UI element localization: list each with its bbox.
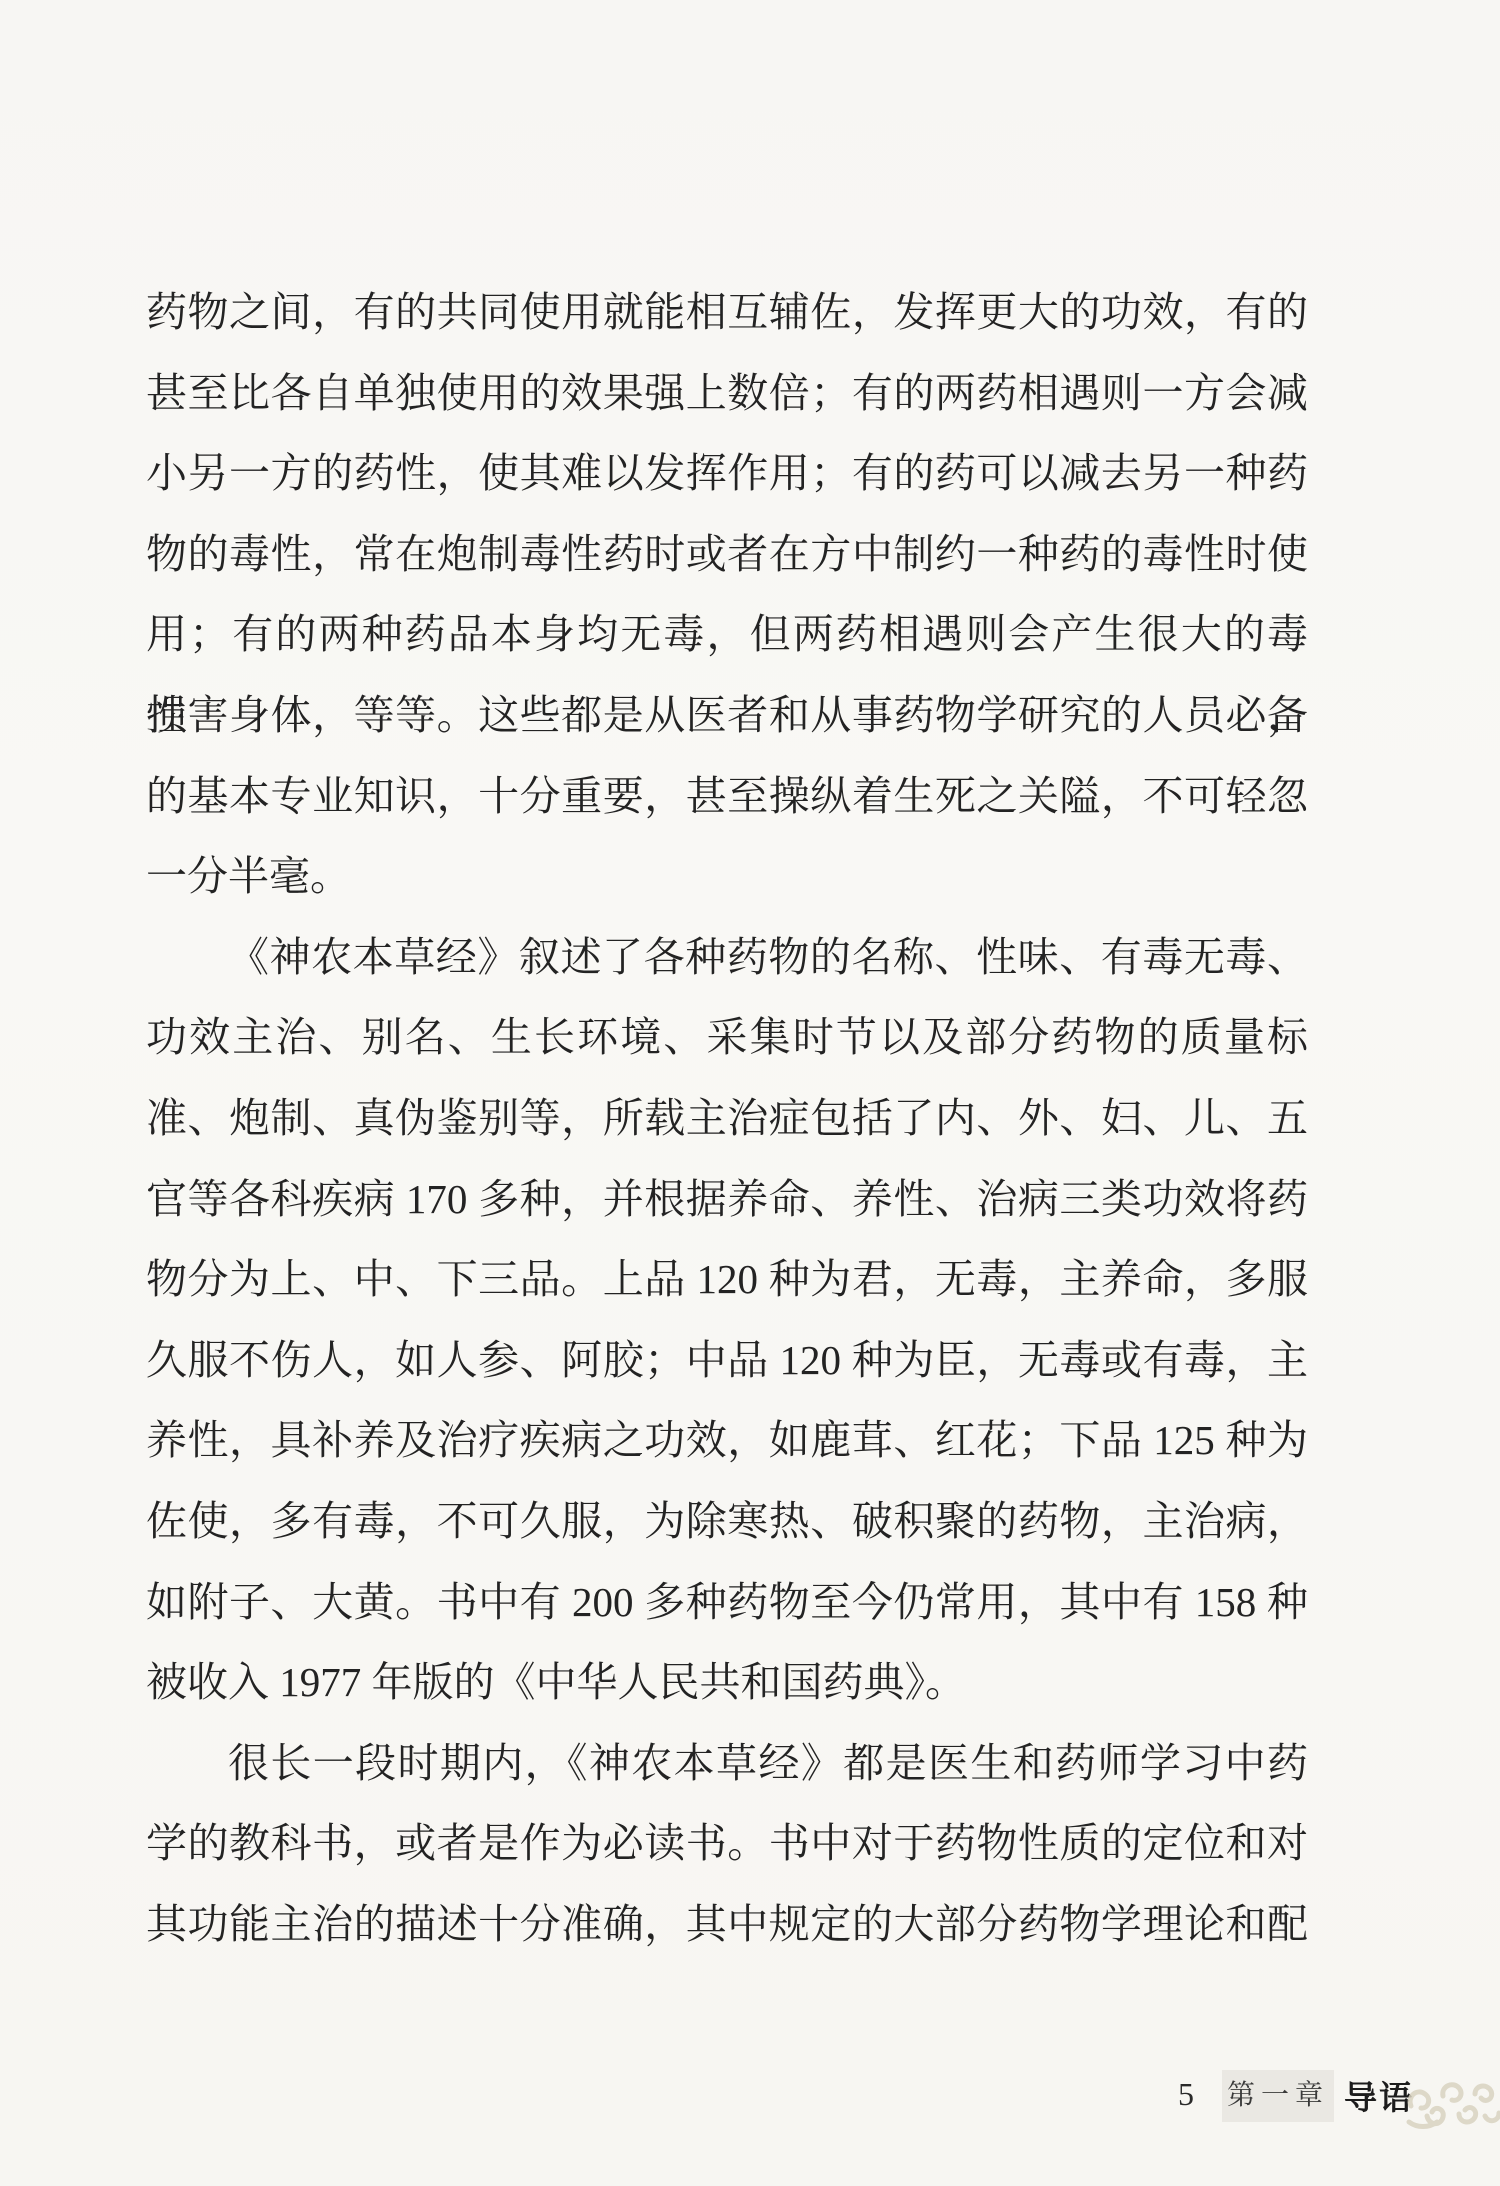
- text-line: 小另一方的药性，使其难以发挥作用；有的药可以减去另一种药: [146, 433, 1308, 514]
- text-block: 药物之间，有的共同使用就能相互辅佐，发挥更大的功效，有的 甚至比各自单独使用的效…: [146, 272, 1308, 1964]
- text-line: 物的毒性，常在炮制毒性药时或者在方中制约一种药的毒性时使: [146, 514, 1308, 595]
- book-page: 药物之间，有的共同使用就能相互辅佐，发挥更大的功效，有的 甚至比各自单独使用的效…: [0, 0, 1500, 2186]
- text-line: 如附子、大黄。书中有 200 多种药物至今仍常用，其中有 158 种: [146, 1562, 1308, 1643]
- text-line: 被收入 1977 年版的《中华人民共和国药典》。: [146, 1642, 1308, 1723]
- text-line: 药物之间，有的共同使用就能相互辅佐，发挥更大的功效，有的: [146, 272, 1308, 353]
- page-footer: 5 第一章 导语: [0, 2058, 1500, 2148]
- chapter-label: 第一章: [1222, 2070, 1334, 2122]
- scroll-ornament-icon: [1405, 2072, 1500, 2136]
- text-line: 《神农本草经》叙述了各种药物的名称、性味、有毒无毒、: [146, 917, 1308, 998]
- text-line: 养性，具补养及治疗疾病之功效，如鹿茸、红花；下品 125 种为: [146, 1400, 1308, 1481]
- text-line: 甚至比各自单独使用的效果强上数倍；有的两药相遇则一方会减: [146, 353, 1308, 434]
- text-line: 很长一段时期内，《神农本草经》都是医生和药师学习中药: [146, 1723, 1308, 1804]
- text-line: 功效主治、别名、生长环境、采集时节以及部分药物的质量标: [146, 997, 1308, 1078]
- text-line: 佐使，多有毒，不可久服，为除寒热、破积聚的药物，主治病，: [146, 1481, 1308, 1562]
- paragraph-2: 《神农本草经》叙述了各种药物的名称、性味、有毒无毒、 功效主治、别名、生长环境、…: [146, 917, 1308, 1723]
- text-line: 的基本专业知识，十分重要，甚至操纵着生死之关隘，不可轻忽: [146, 756, 1308, 837]
- text-line: 物分为上、中、下三品。上品 120 种为君，无毒，主养命，多服: [146, 1239, 1308, 1320]
- section-label: 导语: [1344, 2072, 1414, 2119]
- text-line: 其功能主治的描述十分准确，其中规定的大部分药物学理论和配: [146, 1884, 1308, 1965]
- text-line: 一分半毫。: [146, 836, 1308, 917]
- text-line: 久服不伤人，如人参、阿胶；中品 120 种为臣，无毒或有毒，主: [146, 1320, 1308, 1401]
- paragraph-1: 药物之间，有的共同使用就能相互辅佐，发挥更大的功效，有的 甚至比各自单独使用的效…: [146, 272, 1308, 917]
- page-number: 5: [1178, 2076, 1194, 2113]
- text-line: 准、炮制、真伪鉴别等，所载主治症包括了内、外、妇、儿、五: [146, 1078, 1308, 1159]
- text-line: 官等各科疾病 170 多种，并根据养命、养性、治病三类功效将药: [146, 1159, 1308, 1240]
- paragraph-3: 很长一段时期内，《神农本草经》都是医生和药师学习中药 学的教科书，或者是作为必读…: [146, 1723, 1308, 1965]
- text-line: 用；有的两种药品本身均无毒，但两药相遇则会产生很大的毒性，: [146, 594, 1308, 675]
- text-line: 损害身体，等等。这些都是从医者和从事药物学研究的人员必备: [146, 675, 1308, 756]
- text-line: 学的教科书，或者是作为必读书。书中对于药物性质的定位和对: [146, 1803, 1308, 1884]
